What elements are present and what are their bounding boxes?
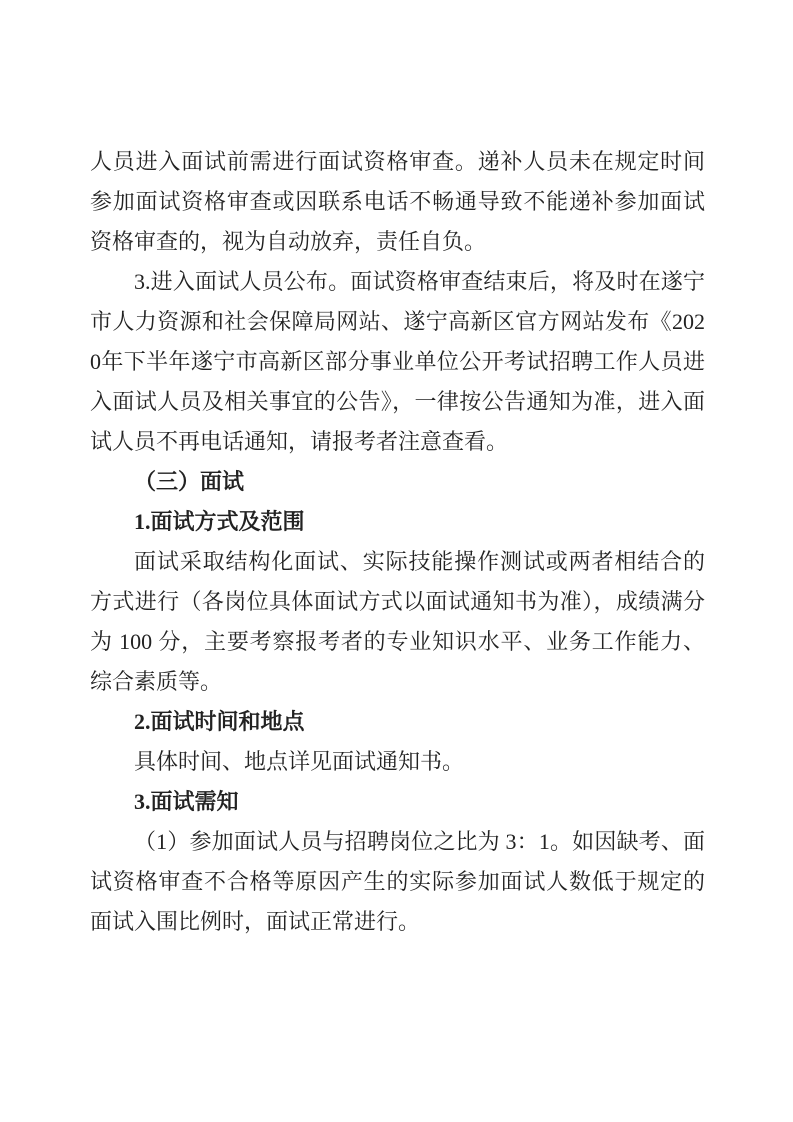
heading-interview-method-and-scope: 1.面试方式及范围 (90, 502, 705, 542)
paragraph-resume-qualification-review: 人员进入面试前需进行面试资格审查。递补人员未在规定时间参加面试资格审查或因联系电… (90, 142, 705, 262)
paragraph-interview-ratio-rule: （1）参加面试人员与招聘岗位之比为 3：1。如因缺考、面试资格审查不合格等原因产… (90, 822, 705, 942)
document-text-block: 人员进入面试前需进行面试资格审查。递补人员未在规定时间参加面试资格审查或因联系电… (90, 142, 705, 942)
paragraph-interview-time-place-details: 具体时间、地点详见面试通知书。 (90, 742, 705, 782)
heading-interview-time-and-place: 2.面试时间和地点 (90, 702, 705, 742)
heading-section-three-interview: （三）面试 (90, 462, 705, 502)
heading-interview-notes: 3.面试需知 (90, 782, 705, 822)
paragraph-interview-candidate-announcement: 3.进入面试人员公布。面试资格审查结束后，将及时在遂宁市人力资源和社会保障局网站… (90, 262, 705, 462)
paragraph-interview-method-details: 面试采取结构化面试、实际技能操作测试或两者相结合的方式进行（各岗位具体面试方式以… (90, 542, 705, 702)
document-page: 人员进入面试前需进行面试资格审查。递补人员未在规定时间参加面试资格审查或因联系电… (0, 0, 793, 1122)
